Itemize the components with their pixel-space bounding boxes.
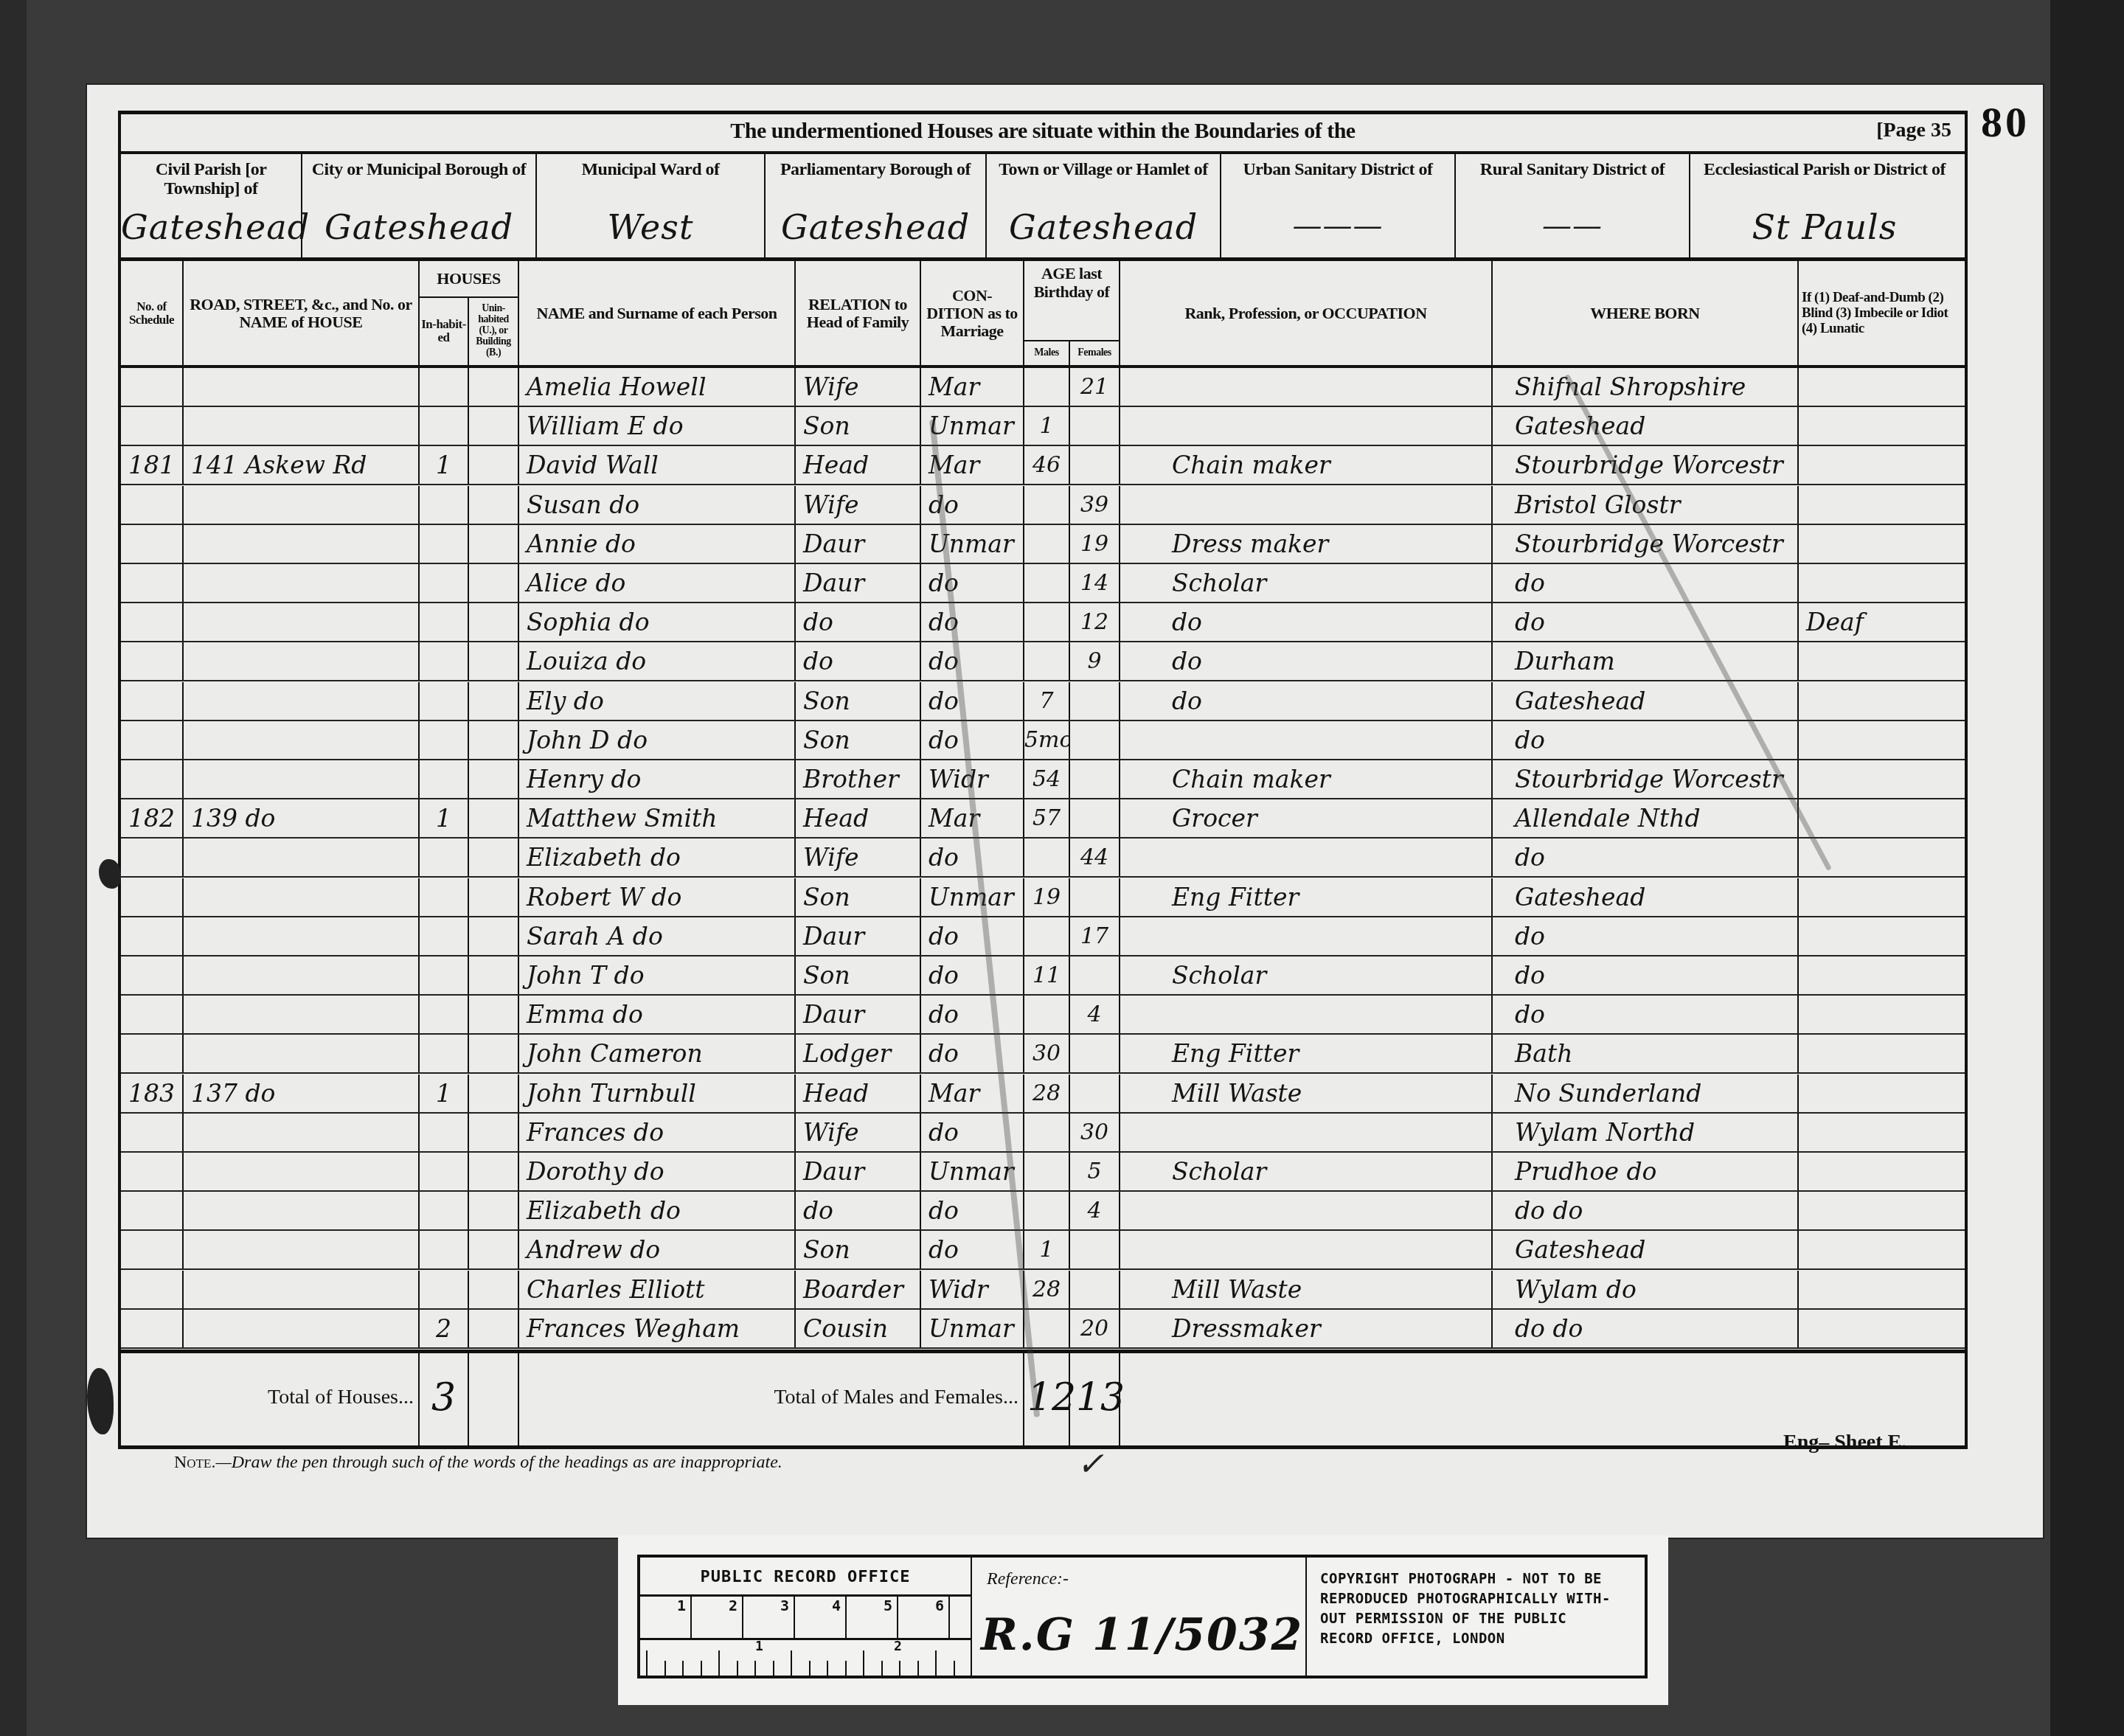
- ruler-tick: [827, 1661, 828, 1676]
- admin-value: Gateshead: [766, 207, 985, 247]
- row-schedule-number: [121, 525, 184, 563]
- total-females: 13: [1076, 1375, 1125, 1420]
- col-age: AGE last Birthday of Males Females: [1024, 261, 1120, 365]
- row-female-age: 4: [1070, 996, 1120, 1033]
- row-name: Frances do: [519, 1114, 796, 1151]
- ruler-tick: [954, 1661, 955, 1676]
- row-condition: do: [921, 1035, 1024, 1072]
- pro-label-frame: PUBLIC RECORD OFFICE 1 2 3 4 5 6 1 2 Ref…: [637, 1555, 1648, 1678]
- ruler-tick: [682, 1661, 684, 1676]
- row-uninhabited: [469, 446, 519, 484]
- admin-label: Civil Parish [or Township] of: [121, 160, 301, 198]
- row-female-age: 14: [1070, 564, 1120, 602]
- row-inhabited: 1: [420, 799, 469, 837]
- row-infirmity: [1799, 878, 1959, 916]
- row-relation: Wife: [796, 839, 921, 876]
- row-condition: do: [921, 917, 1024, 955]
- row-address: 141 Askew Rd: [184, 446, 420, 484]
- ruler-tick: [809, 1661, 811, 1676]
- row-relation: Brother: [796, 760, 921, 798]
- row-condition: do: [921, 682, 1024, 720]
- banner-title: The undermentioned Houses are situate wi…: [121, 119, 1965, 144]
- admin-value: ———: [1221, 209, 1454, 243]
- row-occupation: Scholar: [1120, 564, 1493, 602]
- row-inhabited: [420, 956, 469, 994]
- row-address: [184, 996, 420, 1033]
- row-male-age: 54: [1024, 760, 1070, 798]
- row-schedule-number: [121, 760, 184, 798]
- row-uninhabited: [469, 1074, 519, 1112]
- row-name: Louiza do: [519, 642, 796, 680]
- admin-label: Town or Village or Hamlet of: [987, 160, 1220, 179]
- ruler-tick: [935, 1650, 937, 1676]
- row-name: Emma do: [519, 996, 796, 1033]
- admin-value: West: [537, 207, 764, 247]
- ruler-cm-1: 1: [640, 1597, 692, 1638]
- row-inhabited: [420, 368, 469, 406]
- row-occupation: [1120, 1231, 1493, 1268]
- row-condition: do: [921, 839, 1024, 876]
- row-address: [184, 368, 420, 406]
- totals-houses-label-cell: Total of Houses...: [121, 1353, 420, 1445]
- row-where-born: No Sunderland: [1493, 1074, 1799, 1112]
- row-uninhabited: [469, 564, 519, 602]
- table-row: Elizabeth dododo4do do: [121, 1192, 1965, 1231]
- ruler-tick: [863, 1650, 864, 1676]
- row-male-age: [1024, 1114, 1070, 1151]
- table-row: Charles ElliottBoarderWidr28Mill WasteWy…: [121, 1271, 1965, 1310]
- row-uninhabited: [469, 486, 519, 524]
- row-infirmity: [1799, 1074, 1959, 1112]
- row-uninhabited: [469, 603, 519, 641]
- row-female-age: 39: [1070, 486, 1120, 524]
- table-row: Susan doWifedo39Bristol Glostr: [121, 486, 1965, 525]
- row-address: [184, 1310, 420, 1347]
- col-infirmity: If (1) Deaf-and-Dumb (2) Blind (3) Imbec…: [1799, 261, 1959, 365]
- row-relation: Son: [796, 956, 921, 994]
- row-where-born: Gateshead: [1493, 878, 1799, 916]
- ruler-tick: [917, 1661, 919, 1676]
- ruler-tick: [773, 1661, 774, 1676]
- row-occupation: [1120, 486, 1493, 524]
- row-relation: Head: [796, 799, 921, 837]
- row-inhabited: [420, 407, 469, 445]
- note-text: —Draw the pen through such of the words …: [215, 1453, 782, 1472]
- row-male-age: [1024, 525, 1070, 563]
- admin-civil-parish: Civil Parish [or Township] of Gateshead: [121, 154, 302, 257]
- total-houses-label: Total of Houses...: [268, 1386, 414, 1409]
- row-relation: Head: [796, 1074, 921, 1112]
- row-uninhabited: [469, 878, 519, 916]
- row-male-age: 11: [1024, 956, 1070, 994]
- row-infirmity: [1799, 1153, 1959, 1190]
- scan-backdrop-right: [2050, 0, 2124, 1736]
- page-label: [Page 35: [1876, 119, 1951, 142]
- row-infirmity: [1799, 760, 1959, 798]
- row-infirmity: [1799, 682, 1959, 720]
- sheet-label: Eng– Sheet E.: [1783, 1431, 1906, 1454]
- row-female-age: [1070, 407, 1120, 445]
- row-infirmity: [1799, 1310, 1959, 1347]
- row-male-age: 57: [1024, 799, 1070, 837]
- row-uninhabited: [469, 1114, 519, 1151]
- table-row: John D doSondo5modo: [121, 721, 1965, 760]
- admin-parliamentary-borough: Parliamentary Borough of Gateshead: [766, 154, 987, 257]
- row-inhabited: 2: [420, 1310, 469, 1347]
- table-row: Annie doDaurUnmar19Dress makerStourbridg…: [121, 525, 1965, 564]
- admin-value: Gateshead: [302, 207, 535, 247]
- row-relation: Son: [796, 878, 921, 916]
- row-relation: do: [796, 642, 921, 680]
- row-where-born: Bath: [1493, 1035, 1799, 1072]
- row-infirmity: [1799, 1035, 1959, 1072]
- ruler-tick: [881, 1661, 883, 1676]
- row-address: [184, 603, 420, 641]
- row-occupation: do: [1120, 642, 1493, 680]
- row-inhabited: [420, 1153, 469, 1190]
- ruler-tick: [718, 1650, 720, 1676]
- row-female-age: 4: [1070, 1192, 1120, 1229]
- row-condition: do: [921, 642, 1024, 680]
- row-uninhabited: [469, 956, 519, 994]
- row-relation: Daur: [796, 564, 921, 602]
- totals-females-cell: 13: [1070, 1353, 1120, 1445]
- table-row: Henry doBrotherWidr54Chain makerStourbri…: [121, 760, 1965, 799]
- row-name: Frances Wegham: [519, 1310, 796, 1347]
- admin-value: ——: [1456, 209, 1689, 243]
- row-schedule-number: [121, 407, 184, 445]
- admin-label: City or Municipal Borough of: [302, 160, 535, 179]
- row-inhabited: [420, 642, 469, 680]
- row-occupation: do: [1120, 603, 1493, 641]
- row-occupation: do: [1120, 682, 1493, 720]
- row-infirmity: [1799, 799, 1959, 837]
- row-inhabited: [420, 1271, 469, 1308]
- check-mark: ✓: [1077, 1445, 1104, 1483]
- row-relation: Wife: [796, 1114, 921, 1151]
- row-where-born: Bristol Glostr: [1493, 486, 1799, 524]
- row-inhabited: [420, 603, 469, 641]
- row-male-age: 1: [1024, 1231, 1070, 1268]
- row-uninhabited: [469, 407, 519, 445]
- row-name: Charles Elliott: [519, 1271, 796, 1308]
- row-male-age: 46: [1024, 446, 1070, 484]
- row-female-age: 5: [1070, 1153, 1120, 1190]
- row-infirmity: [1799, 446, 1959, 484]
- col-schedule: No. of Schedule: [121, 261, 184, 365]
- row-female-age: 19: [1070, 525, 1120, 563]
- row-schedule-number: [121, 956, 184, 994]
- row-occupation: Scholar: [1120, 1153, 1493, 1190]
- row-where-born: do: [1493, 917, 1799, 955]
- row-male-age: 19: [1024, 878, 1070, 916]
- form-banner: The undermentioned Houses are situate wi…: [121, 114, 1965, 154]
- admin-value: St Pauls: [1690, 207, 1959, 247]
- row-uninhabited: [469, 839, 519, 876]
- row-where-born: Stourbridge Worcestr: [1493, 760, 1799, 798]
- row-where-born: do: [1493, 839, 1799, 876]
- row-where-born: do: [1493, 564, 1799, 602]
- row-inhabited: [420, 1035, 469, 1072]
- total-houses-value: 3: [431, 1375, 456, 1420]
- row-occupation: Grocer: [1120, 799, 1493, 837]
- row-name: Andrew do: [519, 1231, 796, 1268]
- ruler-cm-4: 4: [795, 1597, 847, 1638]
- ruler-tick: [737, 1661, 738, 1676]
- table-row: 183137 do1John TurnbullHeadMar28Mill Was…: [121, 1074, 1965, 1114]
- row-schedule-number: [121, 917, 184, 955]
- row-male-age: 7: [1024, 682, 1070, 720]
- col-occupation: Rank, Profession, or OCCUPATION: [1120, 261, 1493, 365]
- row-occupation: Chain maker: [1120, 446, 1493, 484]
- admin-label: Ecclesiastical Parish or District of: [1690, 160, 1959, 179]
- row-address: [184, 1153, 420, 1190]
- totals-row: Total of Houses... 3 Total of Males and …: [121, 1350, 1965, 1449]
- admin-ecclesiastical-parish: Ecclesiastical Parish or District of St …: [1690, 154, 1959, 257]
- row-where-born: do do: [1493, 1310, 1799, 1347]
- col-inhabited: In-habit-ed: [420, 296, 469, 365]
- row-inhabited: [420, 878, 469, 916]
- col-road: ROAD, STREET, &c., and No. or NAME of HO…: [184, 261, 420, 365]
- row-infirmity: [1799, 525, 1959, 563]
- row-schedule-number: [121, 642, 184, 680]
- row-address: [184, 407, 420, 445]
- row-where-born: Stourbridge Worcestr: [1493, 446, 1799, 484]
- row-name: Ely do: [519, 682, 796, 720]
- table-row: Frances doWifedo30Wylam Northd: [121, 1114, 1965, 1153]
- public-record-office-label: PUBLIC RECORD OFFICE 1 2 3 4 5 6 1 2 Ref…: [618, 1535, 1668, 1705]
- admin-municipal-borough: City or Municipal Borough of Gateshead: [302, 154, 537, 257]
- row-female-age: 30: [1070, 1114, 1120, 1151]
- row-infirmity: [1799, 996, 1959, 1033]
- row-condition: Unmar: [921, 1310, 1024, 1347]
- row-where-born: Shifnal Shropshire: [1493, 368, 1799, 406]
- row-male-age: [1024, 368, 1070, 406]
- row-where-born: Prudhoe do: [1493, 1153, 1799, 1190]
- row-relation: Boarder: [796, 1271, 921, 1308]
- row-relation: Daur: [796, 996, 921, 1033]
- row-address: 137 do: [184, 1074, 420, 1112]
- note-lead: Note.: [174, 1453, 215, 1472]
- row-address: [184, 1035, 420, 1072]
- row-occupation: Dressmaker: [1120, 1310, 1493, 1347]
- table-row: 182139 do1Matthew SmithHeadMar57GrocerAl…: [121, 799, 1965, 839]
- row-address: [184, 1271, 420, 1308]
- ruler-tick: [664, 1661, 666, 1676]
- row-occupation: Mill Waste: [1120, 1271, 1493, 1308]
- row-condition: do: [921, 1192, 1024, 1229]
- row-inhabited: [420, 564, 469, 602]
- table-row: Andrew doSondo1Gateshead: [121, 1231, 1965, 1270]
- ruler-inch-1: 1: [755, 1639, 763, 1654]
- copyright-line: OUT PERMISSION OF THE PUBLIC: [1320, 1609, 1611, 1629]
- row-occupation: Eng Fitter: [1120, 878, 1493, 916]
- row-inhabited: [420, 525, 469, 563]
- row-female-age: 20: [1070, 1310, 1120, 1347]
- pro-copyright-section: COPYRIGHT PHOTOGRAPH - NOT TO BE REPRODU…: [1307, 1558, 1646, 1676]
- row-address: [184, 486, 420, 524]
- row-where-born: do: [1493, 956, 1799, 994]
- copyright-line: REPRODUCED PHOTOGRAPHICALLY WITH-: [1320, 1589, 1611, 1609]
- row-inhabited: [420, 917, 469, 955]
- row-name: Matthew Smith: [519, 799, 796, 837]
- row-where-born: Gateshead: [1493, 1231, 1799, 1268]
- row-schedule-number: [121, 564, 184, 602]
- row-where-born: Wylam Northd: [1493, 1114, 1799, 1151]
- row-infirmity: [1799, 721, 1959, 759]
- totals-uninhabited-cell: [469, 1353, 519, 1445]
- table-row: Emma doDaurdo4do: [121, 996, 1965, 1035]
- row-inhabited: [420, 721, 469, 759]
- row-female-age: [1070, 1271, 1120, 1308]
- totals-houses-value-cell: 3: [420, 1353, 469, 1445]
- ruler-tick: [899, 1661, 900, 1676]
- row-relation: Head: [796, 446, 921, 484]
- row-relation: Cousin: [796, 1310, 921, 1347]
- row-name: David Wall: [519, 446, 796, 484]
- row-infirmity: Deaf: [1799, 603, 1959, 641]
- row-uninhabited: [469, 642, 519, 680]
- admin-value: Gateshead: [987, 207, 1220, 247]
- row-name: Henry do: [519, 760, 796, 798]
- row-name: Sophia do: [519, 603, 796, 641]
- row-female-age: [1070, 956, 1120, 994]
- table-row: Ely doSondo7doGateshead: [121, 682, 1965, 721]
- row-inhabited: [420, 760, 469, 798]
- reference-value: R.G 11/5032: [981, 1609, 1303, 1661]
- row-occupation: [1120, 407, 1493, 445]
- row-address: [184, 682, 420, 720]
- row-infirmity: [1799, 917, 1959, 955]
- row-infirmity: [1799, 486, 1959, 524]
- row-schedule-number: [121, 721, 184, 759]
- row-infirmity: [1799, 1271, 1959, 1308]
- row-where-born: Durham: [1493, 642, 1799, 680]
- ruler-tick: [646, 1650, 648, 1676]
- row-occupation: Chain maker: [1120, 760, 1493, 798]
- row-uninhabited: [469, 1192, 519, 1229]
- row-address: [184, 839, 420, 876]
- row-relation: Wife: [796, 486, 921, 524]
- admin-label: Parliamentary Borough of: [766, 160, 985, 179]
- table-row: Louiza dododo9doDurham: [121, 642, 1965, 681]
- row-name: John Cameron: [519, 1035, 796, 1072]
- row-occupation: Scholar: [1120, 956, 1493, 994]
- row-uninhabited: [469, 1310, 519, 1347]
- row-schedule-number: [121, 1153, 184, 1190]
- table-row: 181141 Askew Rd1David WallHeadMar46Chain…: [121, 446, 1965, 485]
- col-males: Males: [1024, 340, 1070, 365]
- row-name: Alice do: [519, 564, 796, 602]
- row-uninhabited: [469, 1231, 519, 1268]
- total-persons-label: Total of Males and Females...: [774, 1386, 1018, 1409]
- row-address: [184, 878, 420, 916]
- column-headers: No. of Schedule ROAD, STREET, &c., and N…: [121, 261, 1965, 368]
- row-address: [184, 1114, 420, 1151]
- admin-value: Gateshead: [121, 207, 301, 247]
- row-name: Annie do: [519, 525, 796, 563]
- row-male-age: 1: [1024, 407, 1070, 445]
- col-relation: RELATION to Head of Family: [796, 261, 921, 365]
- administrative-areas: Civil Parish [or Township] of Gateshead …: [121, 154, 1965, 261]
- row-male-age: [1024, 1153, 1070, 1190]
- table-row: Alice doDaurdo14Scholardo: [121, 564, 1965, 603]
- ruler-cm-5: 5: [847, 1597, 898, 1638]
- row-address: [184, 525, 420, 563]
- row-male-age: 5mo: [1024, 721, 1070, 759]
- admin-municipal-ward: Municipal Ward of West: [537, 154, 766, 257]
- row-male-age: 30: [1024, 1035, 1070, 1072]
- pro-title: PUBLIC RECORD OFFICE: [640, 1568, 971, 1586]
- row-uninhabited: [469, 1153, 519, 1190]
- row-where-born: Gateshead: [1493, 682, 1799, 720]
- row-inhabited: [420, 486, 469, 524]
- row-name: Robert W do: [519, 878, 796, 916]
- table-row: William E doSonUnmar1Gateshead: [121, 407, 1965, 446]
- row-male-age: [1024, 996, 1070, 1033]
- row-where-born: Wylam do: [1493, 1271, 1799, 1308]
- scan-backdrop-left: [0, 0, 27, 1736]
- row-condition: Unmar: [921, 878, 1024, 916]
- ruler-cm-2: 2: [692, 1597, 743, 1638]
- ruler-cm-3: 3: [743, 1597, 795, 1638]
- row-schedule-number: 182: [121, 799, 184, 837]
- row-condition: do: [921, 564, 1024, 602]
- row-occupation: Mill Waste: [1120, 1074, 1493, 1112]
- row-female-age: [1070, 1035, 1120, 1072]
- row-relation: do: [796, 1192, 921, 1229]
- row-occupation: [1120, 996, 1493, 1033]
- row-male-age: [1024, 603, 1070, 641]
- table-row: John T doSondo11Scholardo: [121, 956, 1965, 996]
- table-row: Sarah A doDaurdo17do: [121, 917, 1965, 956]
- census-form: The undermentioned Houses are situate wi…: [118, 111, 1968, 1449]
- row-schedule-number: [121, 1192, 184, 1229]
- cm-ruler: 1 2 3 4 5 6: [640, 1594, 971, 1640]
- copyright-line: RECORD OFFICE, LONDON: [1320, 1629, 1611, 1649]
- reference-label: Reference:-: [987, 1569, 1069, 1589]
- row-uninhabited: [469, 1271, 519, 1308]
- row-name: William E do: [519, 407, 796, 445]
- row-inhabited: [420, 1231, 469, 1268]
- table-row: Dorothy doDaurUnmar5ScholarPrudhoe do: [121, 1153, 1965, 1192]
- row-address: [184, 642, 420, 680]
- row-male-age: [1024, 917, 1070, 955]
- row-schedule-number: [121, 1310, 184, 1347]
- row-female-age: [1070, 760, 1120, 798]
- row-occupation: [1120, 721, 1493, 759]
- row-male-age: [1024, 1192, 1070, 1229]
- copyright-line: COPYRIGHT PHOTOGRAPH - NOT TO BE: [1320, 1569, 1611, 1589]
- admin-town-village: Town or Village or Hamlet of Gateshead: [987, 154, 1221, 257]
- row-infirmity: [1799, 407, 1959, 445]
- row-occupation: [1120, 1192, 1493, 1229]
- row-condition: do: [921, 603, 1024, 641]
- row-uninhabited: [469, 682, 519, 720]
- age-heading: AGE last Birthday of: [1024, 264, 1119, 301]
- row-condition: Mar: [921, 1074, 1024, 1112]
- row-female-age: [1070, 878, 1120, 916]
- row-schedule-number: [121, 996, 184, 1033]
- ruler-tick: [701, 1661, 702, 1676]
- row-inhabited: [420, 1114, 469, 1151]
- row-female-age: 12: [1070, 603, 1120, 641]
- row-schedule-number: [121, 878, 184, 916]
- row-where-born: do: [1493, 996, 1799, 1033]
- row-infirmity: [1799, 956, 1959, 994]
- admin-label: Urban Sanitary District of: [1221, 160, 1454, 179]
- row-female-age: [1070, 1231, 1120, 1268]
